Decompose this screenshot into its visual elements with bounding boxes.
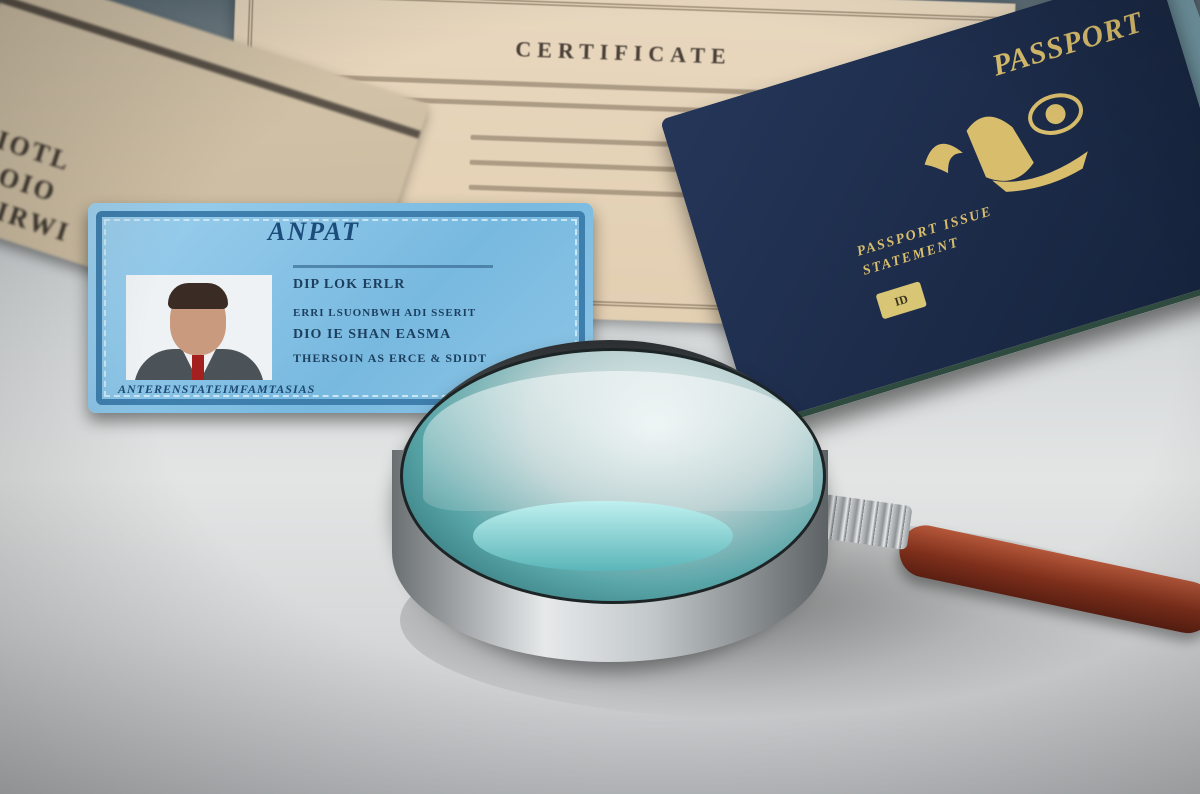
photo-tie — [192, 355, 204, 380]
id-field: THERSOIN AS ERCE & SDIDT — [293, 351, 487, 366]
lens-reflection — [473, 501, 733, 571]
magnifier-lens — [400, 348, 826, 604]
lens-glare — [423, 371, 813, 511]
id-field: DIO IE SHAN EASMA — [293, 327, 451, 343]
id-field: DIP LOK ERLR — [293, 277, 405, 293]
id-field: ERRI LSUONBWH ADI SSERIT — [293, 307, 476, 319]
id-card-footer: ANTERENSTATEIMFAMTASIAS — [118, 382, 315, 397]
id-photo — [126, 275, 272, 380]
id-card-header: ANPAT — [268, 217, 360, 247]
photo-hair — [168, 283, 228, 309]
scene: CERTIFICATE IOTL IOIO DIRWI ANPAT DIP LO… — [0, 0, 1200, 794]
id-card-line — [293, 265, 493, 268]
paper-text: IOTL IOIO DIRWI — [0, 123, 96, 250]
